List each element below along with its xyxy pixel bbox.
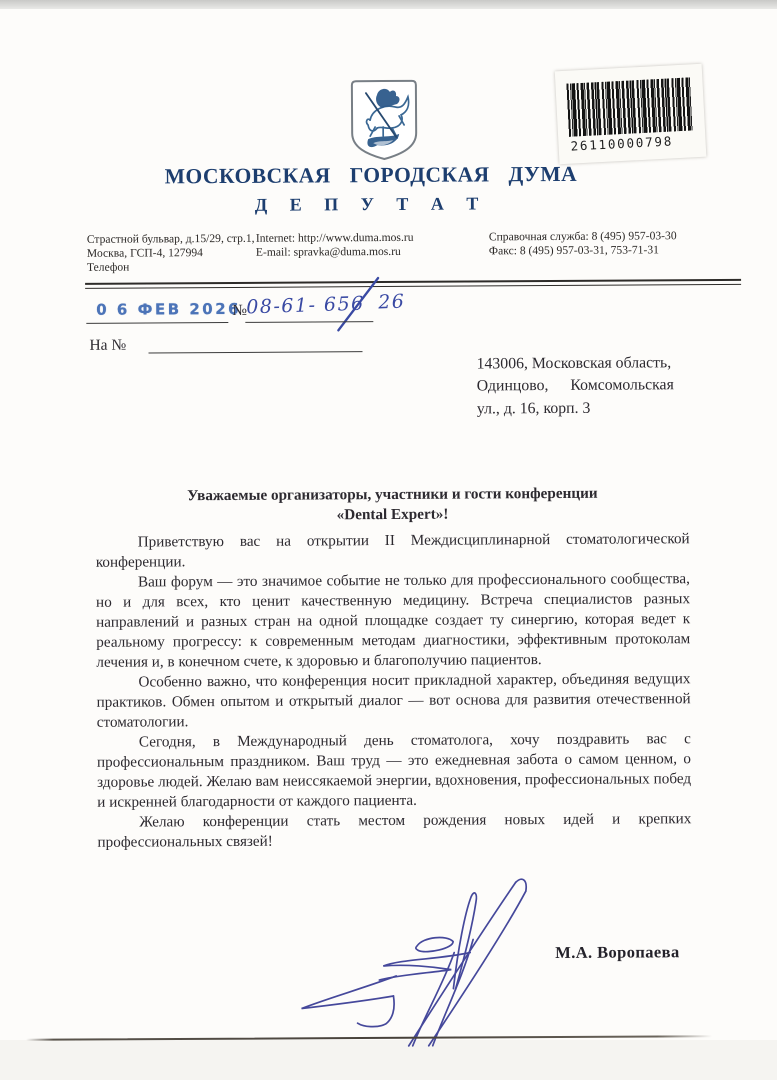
reply-number-label: На № [89,337,126,355]
barcode-number: 26110000798 [570,133,673,153]
date-underline [86,321,228,324]
barcode-icon [566,77,693,136]
contact-line: E-mail: spravka@duma.mos.ru [256,244,446,259]
contact-line: Телефон [87,259,262,274]
letter-paragraph: Желаю конференции стать местом рождения … [97,809,691,853]
signature-autograph [265,875,566,1049]
contact-address-block: Страстной бульвар, д.15/29, стр.1, Москв… [87,232,262,274]
handwritten-slash [332,276,384,333]
recipient-address: 143006, Московская область, Одинцово, Ко… [477,352,729,421]
contact-line: Москва, ГСП-4, 127994 [87,246,262,261]
salutation-line: «Dental Expert»! [95,503,689,527]
letterhead-divider [85,279,741,289]
doc-number-year-handwritten: 26 [378,290,406,313]
contact-line: Страстной бульвар, д.15/29, стр.1, [87,232,262,247]
contact-line: Internet: http://www.duma.mos.ru [256,231,446,246]
letter-paragraph: Особенно важно, что конференция носит пр… [96,669,690,733]
recipient-line: 143006, Московская область, [477,352,729,376]
doc-number-label: № [232,302,247,320]
org-role: Д Е П У Т А Т [0,192,744,218]
org-name: МОСКОВСКАЯ ГОРОДСКАЯ ДУМА [0,161,744,191]
recipient-line: ул., д. 16, корп. 3 [477,397,729,421]
date-stamp: 0 6 ФЕВ 2026 [96,300,241,319]
reply-number-underline [149,350,363,353]
letter-body: Уважаемые организаторы, участники и гост… [95,483,691,853]
signer-name: М.А. Воропаева [555,942,680,963]
barcode-sticker: 26110000798 [555,64,707,164]
letter-paragraph: Приветствую вас на открытии II Междисцип… [96,529,690,573]
recipient-line: Одинцово, Комсомольская [477,374,729,398]
contact-line: Факс: 8 (495) 957-03-31, 753-71-31 [489,243,744,258]
contact-phone-block: Справочная служба: 8 (495) 957-03-30 Фак… [489,229,744,258]
contact-web-block: Internet: http://www.duma.mos.ru E-mail:… [256,231,446,260]
letter-paragraph: Сегодня, в Международный день стоматолог… [97,729,691,813]
letter-paragraph: Ваш форум — это значимое событие не толь… [96,569,691,673]
moscow-coat-of-arms-icon [346,79,422,161]
scanned-letter-page: 26110000798 МОСКОВСКАЯ ГОРОДСКАЯ ДУМА Д … [0,0,777,1080]
